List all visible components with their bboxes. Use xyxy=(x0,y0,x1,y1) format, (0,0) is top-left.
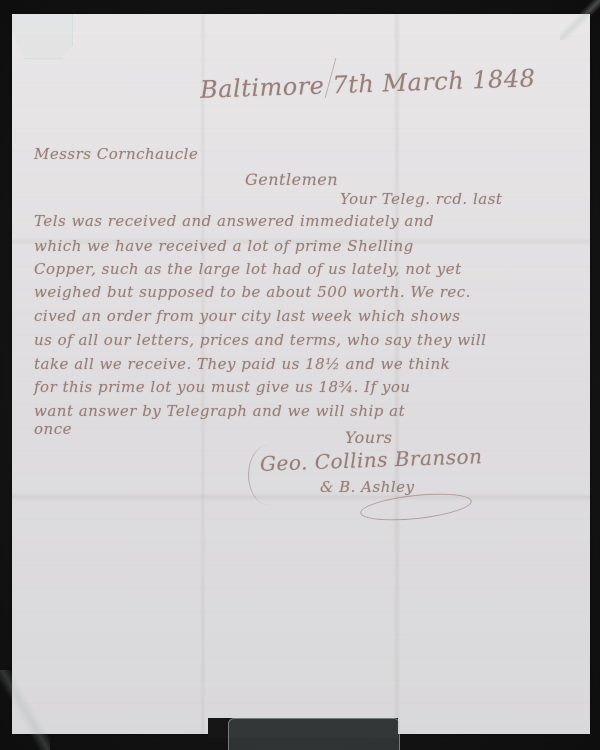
salutation: Gentlemen xyxy=(245,170,338,189)
body-line: Tels was received and answered immediate… xyxy=(34,212,434,230)
body-line: want answer by Telegraph and we will shi… xyxy=(34,402,405,420)
body-line: us of all our letters, prices and terms,… xyxy=(34,331,486,349)
body-line: cived an order from your city last week … xyxy=(34,307,460,325)
body-line: which we have received a lot of prime Sh… xyxy=(34,237,414,255)
addressee: Messrs Cornchaucle xyxy=(34,145,198,163)
body-line: for this prime lot you must give us 18¾.… xyxy=(34,378,411,396)
body-line: Copper, such as the large lot had of us … xyxy=(34,260,462,278)
body-line: once xyxy=(34,420,72,438)
body-line: weighed but supposed to be about 500 wor… xyxy=(34,283,471,301)
display-stand-bottom xyxy=(228,718,400,750)
signature-subline: & B. Ashley xyxy=(320,478,415,496)
body-line: take all we receive. They paid us 18½ an… xyxy=(34,355,450,373)
glare-top-right xyxy=(560,0,600,40)
letter-paper xyxy=(12,14,590,734)
closing: Yours xyxy=(345,428,392,447)
body-line: Your Teleg. rcd. last xyxy=(340,190,502,208)
glare-bottom-left xyxy=(0,670,50,750)
